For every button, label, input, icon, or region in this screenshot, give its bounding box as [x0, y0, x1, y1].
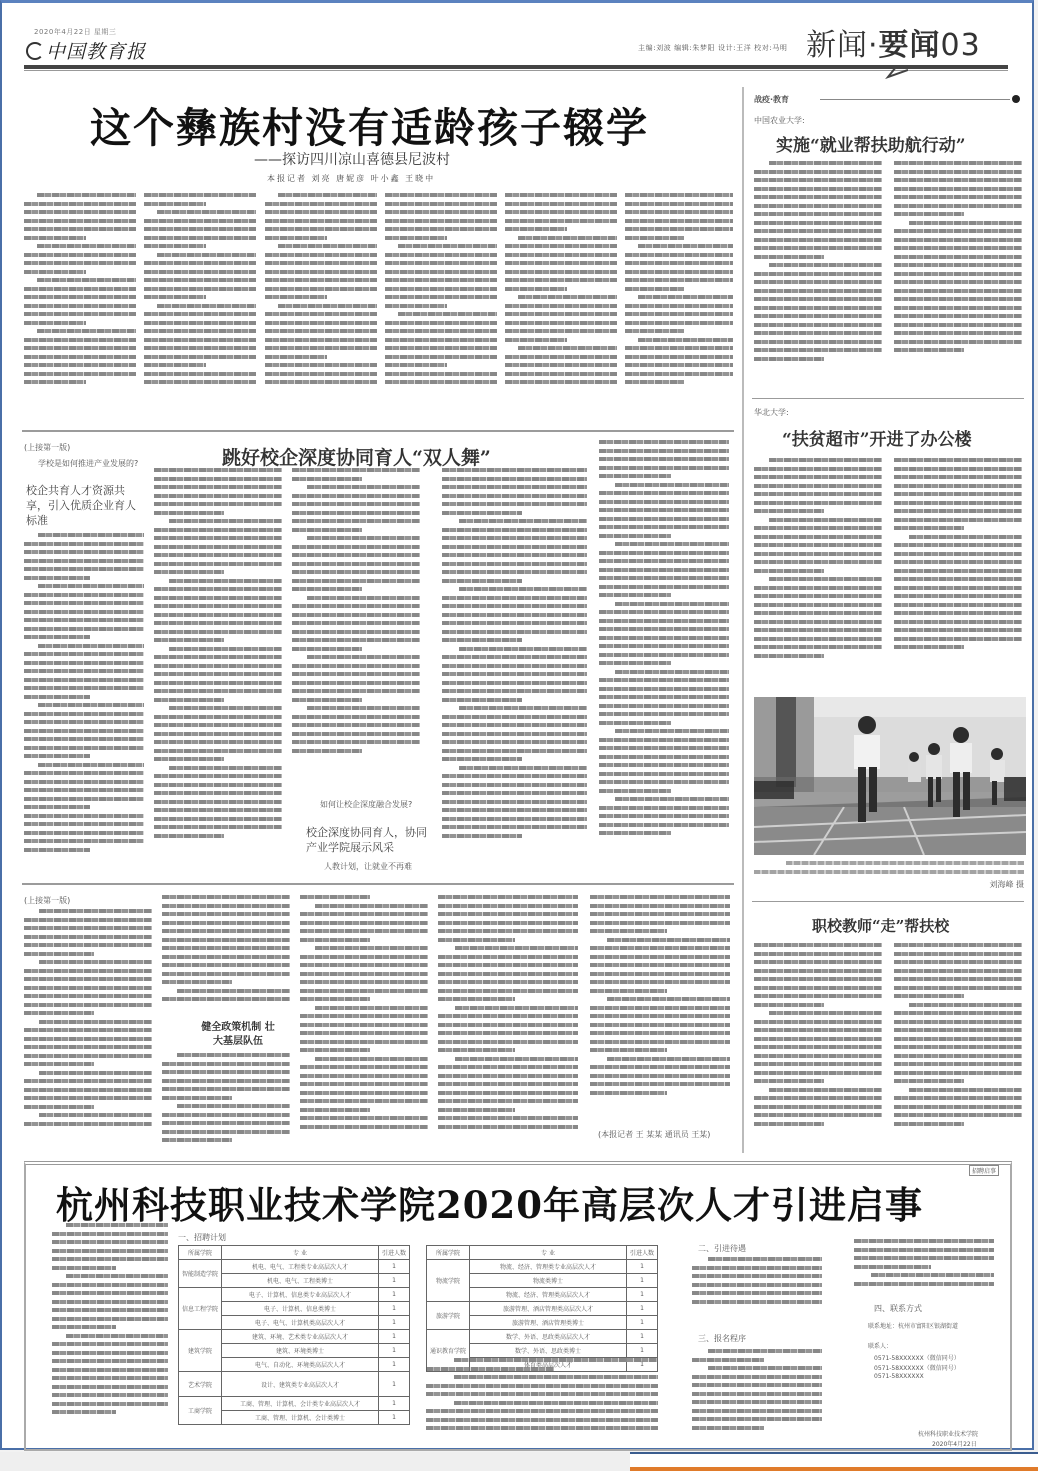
contact-person: 联系人：: [868, 1341, 892, 1350]
count-cell: 1: [627, 1288, 658, 1302]
ad-signature-date: 2020年4月22日: [932, 1439, 977, 1448]
ad-notes-column: [426, 1358, 658, 1448]
contact-phone-3: 0571-58XXXXXX: [874, 1373, 924, 1380]
logo-text: 中国教育报: [46, 41, 146, 63]
sidebar-section-label: 战疫·教育: [754, 94, 789, 105]
count-cell: 1: [627, 1274, 658, 1288]
ad-intro-column: [52, 1223, 168, 1448]
table-header: 专 业: [470, 1246, 627, 1260]
major-cell: 物流类博士: [470, 1274, 627, 1288]
second-column-2: [154, 468, 282, 873]
third-column-2b: [162, 1053, 290, 1149]
major-cell: 电气、自动化、环境类高层次人才: [222, 1358, 379, 1372]
students-running-image: [754, 697, 1026, 855]
count-cell: 1: [627, 1316, 658, 1330]
divider-photo: [752, 901, 1024, 902]
lead-subheadline: ——探访四川凉山喜德县尼波村: [254, 149, 450, 169]
bullet-dot-icon: [1012, 95, 1020, 103]
dept-cell: 物流学院: [427, 1260, 470, 1302]
table-row: 工商学院工商、管理、计算机、会计类专业高层次人才1: [179, 1397, 410, 1411]
recruit-table-1: 所属学院 专 业 引进人数 智能制造学院机电、电气、工程类专业高层次人才1 机电…: [178, 1245, 410, 1425]
story2-headline: “扶贫超市”开进了办公楼: [782, 425, 972, 450]
count-cell: 1: [379, 1302, 410, 1316]
lead-headline: 这个彝族村没有适龄孩子辍学: [90, 95, 649, 154]
viewer-bottom-accent: [630, 1452, 1038, 1471]
lead-column-2: [144, 193, 256, 418]
third-column-2a: [162, 895, 290, 1015]
lead-column-6: [625, 193, 733, 418]
major-cell: 物流、经济、管理类专业高层次人才: [470, 1260, 627, 1274]
ad-section-3-text: [692, 1349, 822, 1445]
third-dateline: (上接第一版): [24, 895, 70, 906]
table-header: 专 业: [222, 1246, 379, 1260]
story1-headline: 实施“就业帮扶助航行动”: [776, 131, 966, 156]
news-photo: [754, 697, 1026, 855]
sidebar-label-rule: [820, 99, 1010, 100]
section-main: 要闻: [879, 28, 941, 63]
pull-quote-2-tail: 人教计划，让就业不再难: [324, 861, 412, 872]
story1-column-1: [754, 161, 882, 389]
count-cell: 1: [379, 1260, 410, 1274]
issue-date: 2020年4月22日 星期三: [34, 27, 116, 37]
count-cell: 1: [627, 1344, 658, 1358]
third-column-4: [438, 895, 578, 1149]
ad-section-2-title: 二、引进待遇: [698, 1243, 746, 1254]
lead-column-3: [265, 193, 377, 418]
pull-quote-2-label: 如何让校企深度融合发展?: [320, 799, 432, 810]
count-cell: 1: [379, 1316, 410, 1330]
story3-column-2: [894, 943, 1022, 1148]
table-row: 信息工程学院电子、计算机、信息类专业高层次人才1: [179, 1288, 410, 1302]
sidebar-rule: [742, 87, 744, 1153]
major-cell: 建筑、环境、艺术类专业高层次人才: [222, 1330, 379, 1344]
third-footer: (本报记者 王 某某 通讯员 王某): [598, 1129, 710, 1140]
major-cell: 机电、电气、工程类博士: [222, 1274, 379, 1288]
major-cell: 数学、外语、思政类博士: [470, 1344, 627, 1358]
photo-credit: 刘海峰 摄: [754, 879, 1024, 890]
story2-kicker: 华北大学:: [754, 407, 789, 418]
dept-cell: 智能制造学院: [179, 1260, 222, 1288]
story1-kicker: 中国农业大学:: [754, 115, 805, 126]
count-cell: 1: [627, 1260, 658, 1274]
ad-signature-org: 杭州科技职业技术学院: [918, 1429, 978, 1438]
pull-quote-1-label: 学校是如何推进产业发展的?: [38, 458, 146, 469]
story3-headline: 职校教师“走”帮扶校: [812, 915, 949, 936]
contact-phone-1: 0571-58XXXXXX（微信同号）: [874, 1353, 960, 1362]
pull-quote-1: 校企共育人才资源共享，引入优质企业育人标准: [26, 483, 146, 528]
lead-column-5: [505, 193, 617, 418]
story2-column-2: [894, 458, 1022, 686]
major-cell: 建筑、环境类博士: [222, 1344, 379, 1358]
major-cell: 电子、电气、计算机类高层次人才: [222, 1316, 379, 1330]
page-number: 03: [941, 28, 981, 63]
table-row: 物流学院物流、经济、管理类专业高层次人才1: [427, 1260, 658, 1274]
masthead-rule-thin: [24, 70, 1008, 71]
second-column-3: [292, 468, 420, 778]
editor-credits: 主编:刘波 编辑:朱梦阳 设计:王洋 校对:马明: [638, 43, 788, 53]
table-row: 智能制造学院机电、电气、工程类专业高层次人才1: [179, 1260, 410, 1274]
third-column-1: [24, 909, 152, 1149]
story2-column-1: [754, 458, 882, 686]
major-cell: 设计、建筑类专业高层次人才: [222, 1372, 379, 1397]
ad-tag: 招聘启事: [969, 1165, 999, 1176]
lead-column-4: [385, 193, 497, 418]
second-headline: 跳好校企深度协同育人“双人舞”: [222, 443, 491, 470]
lead-column-1: [24, 193, 136, 418]
page-viewer-frame: 2020年4月22日 星期三 中国教育报 主编:刘波 编辑:朱梦阳 设计:王洋 …: [0, 0, 1034, 1450]
story1-column-2: [894, 161, 1022, 389]
count-cell: 1: [379, 1397, 410, 1411]
divider-story1: [752, 398, 1024, 399]
count-cell: 1: [379, 1330, 410, 1344]
table-header-row: 所属学院 专 业 引进人数: [427, 1246, 658, 1260]
second-column-5: [599, 440, 729, 873]
table1-title: 一、招聘计划: [178, 1232, 226, 1243]
ad-section-4-title: 四、联系方式: [874, 1303, 922, 1314]
contact-phone-2: 0571-58XXXXXX（微信同号）: [874, 1363, 960, 1372]
second-dateline: (上接第一版): [24, 442, 70, 453]
recruit-table-2: 所属学院 专 业 引进人数 物流学院物流、经济、管理类专业高层次人才1 物流类博…: [426, 1245, 658, 1372]
count-cell: 1: [627, 1330, 658, 1344]
viewer-bottom-bar: [0, 1452, 630, 1471]
table-header: 引进人数: [627, 1246, 658, 1260]
dept-cell: 工商学院: [179, 1397, 222, 1425]
ad-section-3-title: 三、报名程序: [698, 1333, 746, 1344]
table-header: 引进人数: [379, 1246, 410, 1260]
table-header: 所属学院: [179, 1246, 222, 1260]
major-cell: 工商、管理、计算机、会计类专业高层次人才: [222, 1397, 379, 1411]
second-column-4: [442, 468, 587, 873]
count-cell: 1: [379, 1411, 410, 1425]
dept-cell: 艺术学院: [179, 1372, 222, 1397]
pull-quote-2: 校企深度协同育人，协同产业学院展示风采: [306, 825, 432, 855]
count-cell: 1: [379, 1274, 410, 1288]
third-column-5: [590, 895, 730, 1125]
ad-section-2-text: [692, 1257, 822, 1327]
contact-address: 联系地址：杭州市富阳区银湖街道: [868, 1321, 958, 1330]
count-cell: 1: [379, 1358, 410, 1372]
major-cell: 数学、外语、思政类高层次人才: [470, 1330, 627, 1344]
story3-column-1: [754, 943, 882, 1148]
dept-cell: 旅游学院: [427, 1302, 470, 1330]
dept-cell: 建筑学院: [179, 1330, 222, 1372]
third-subhead: 健全政策机制 壮大基层队伍: [198, 1021, 278, 1049]
third-column-3: [300, 895, 428, 1149]
major-cell: 旅游管理、酒店管理类博士: [470, 1316, 627, 1330]
major-cell: 工商、管理、计算机、会计类博士: [222, 1411, 379, 1425]
count-cell: 1: [379, 1344, 410, 1358]
major-cell: 机电、电气、工程类专业高层次人才: [222, 1260, 379, 1274]
lead-byline: 本报记者 刘亮 唐妮彦 叶小鑫 王晓中: [267, 173, 435, 184]
count-cell: 1: [379, 1288, 410, 1302]
count-cell: 1: [627, 1302, 658, 1316]
major-cell: 电子、计算机、信息类博士: [222, 1302, 379, 1316]
table-header: 所属学院: [427, 1246, 470, 1260]
second-column-1: [24, 533, 144, 873]
divider-lead: [22, 430, 734, 432]
section-prefix: 新闻·: [806, 28, 879, 63]
table-row: 艺术学院设计、建筑类专业高层次人才1: [179, 1372, 410, 1397]
table-row: 通识教育学院数学、外语、思政类高层次人才1: [427, 1330, 658, 1344]
table-row: 旅游学院旅游管理、酒店管理类高层次人才1: [427, 1302, 658, 1316]
masthead-rule: [24, 65, 1008, 69]
photo-caption: 近日，山东省枣庄市学生在校园内进行体育锻炼，做好开学准备。 刘海峰 摄: [754, 861, 1024, 890]
major-cell: 电子、计算机、信息类专业高层次人才: [222, 1288, 379, 1302]
table-header-row: 所属学院 专 业 引进人数: [179, 1246, 410, 1260]
major-cell: 旅游管理、酒店管理类高层次人才: [470, 1302, 627, 1316]
major-cell: 物流、经济、管理类高层次人才: [470, 1288, 627, 1302]
ad-section-3-cont: [854, 1239, 994, 1289]
divider-second: [22, 883, 734, 885]
dept-cell: 信息工程学院: [179, 1288, 222, 1330]
section-title: 新闻·要闻03: [806, 28, 981, 64]
newspaper-logo: 中国教育报: [26, 37, 146, 64]
logo-mark-icon: [26, 42, 44, 60]
ad-title: 杭州科技职业技术学院2020年高层次人才引进启事: [56, 1175, 923, 1229]
table-row: 建筑学院建筑、环境、艺术类专业高层次人才1: [179, 1330, 410, 1344]
zigzag-ornament-icon: [882, 65, 908, 79]
count-cell: 1: [379, 1372, 410, 1397]
